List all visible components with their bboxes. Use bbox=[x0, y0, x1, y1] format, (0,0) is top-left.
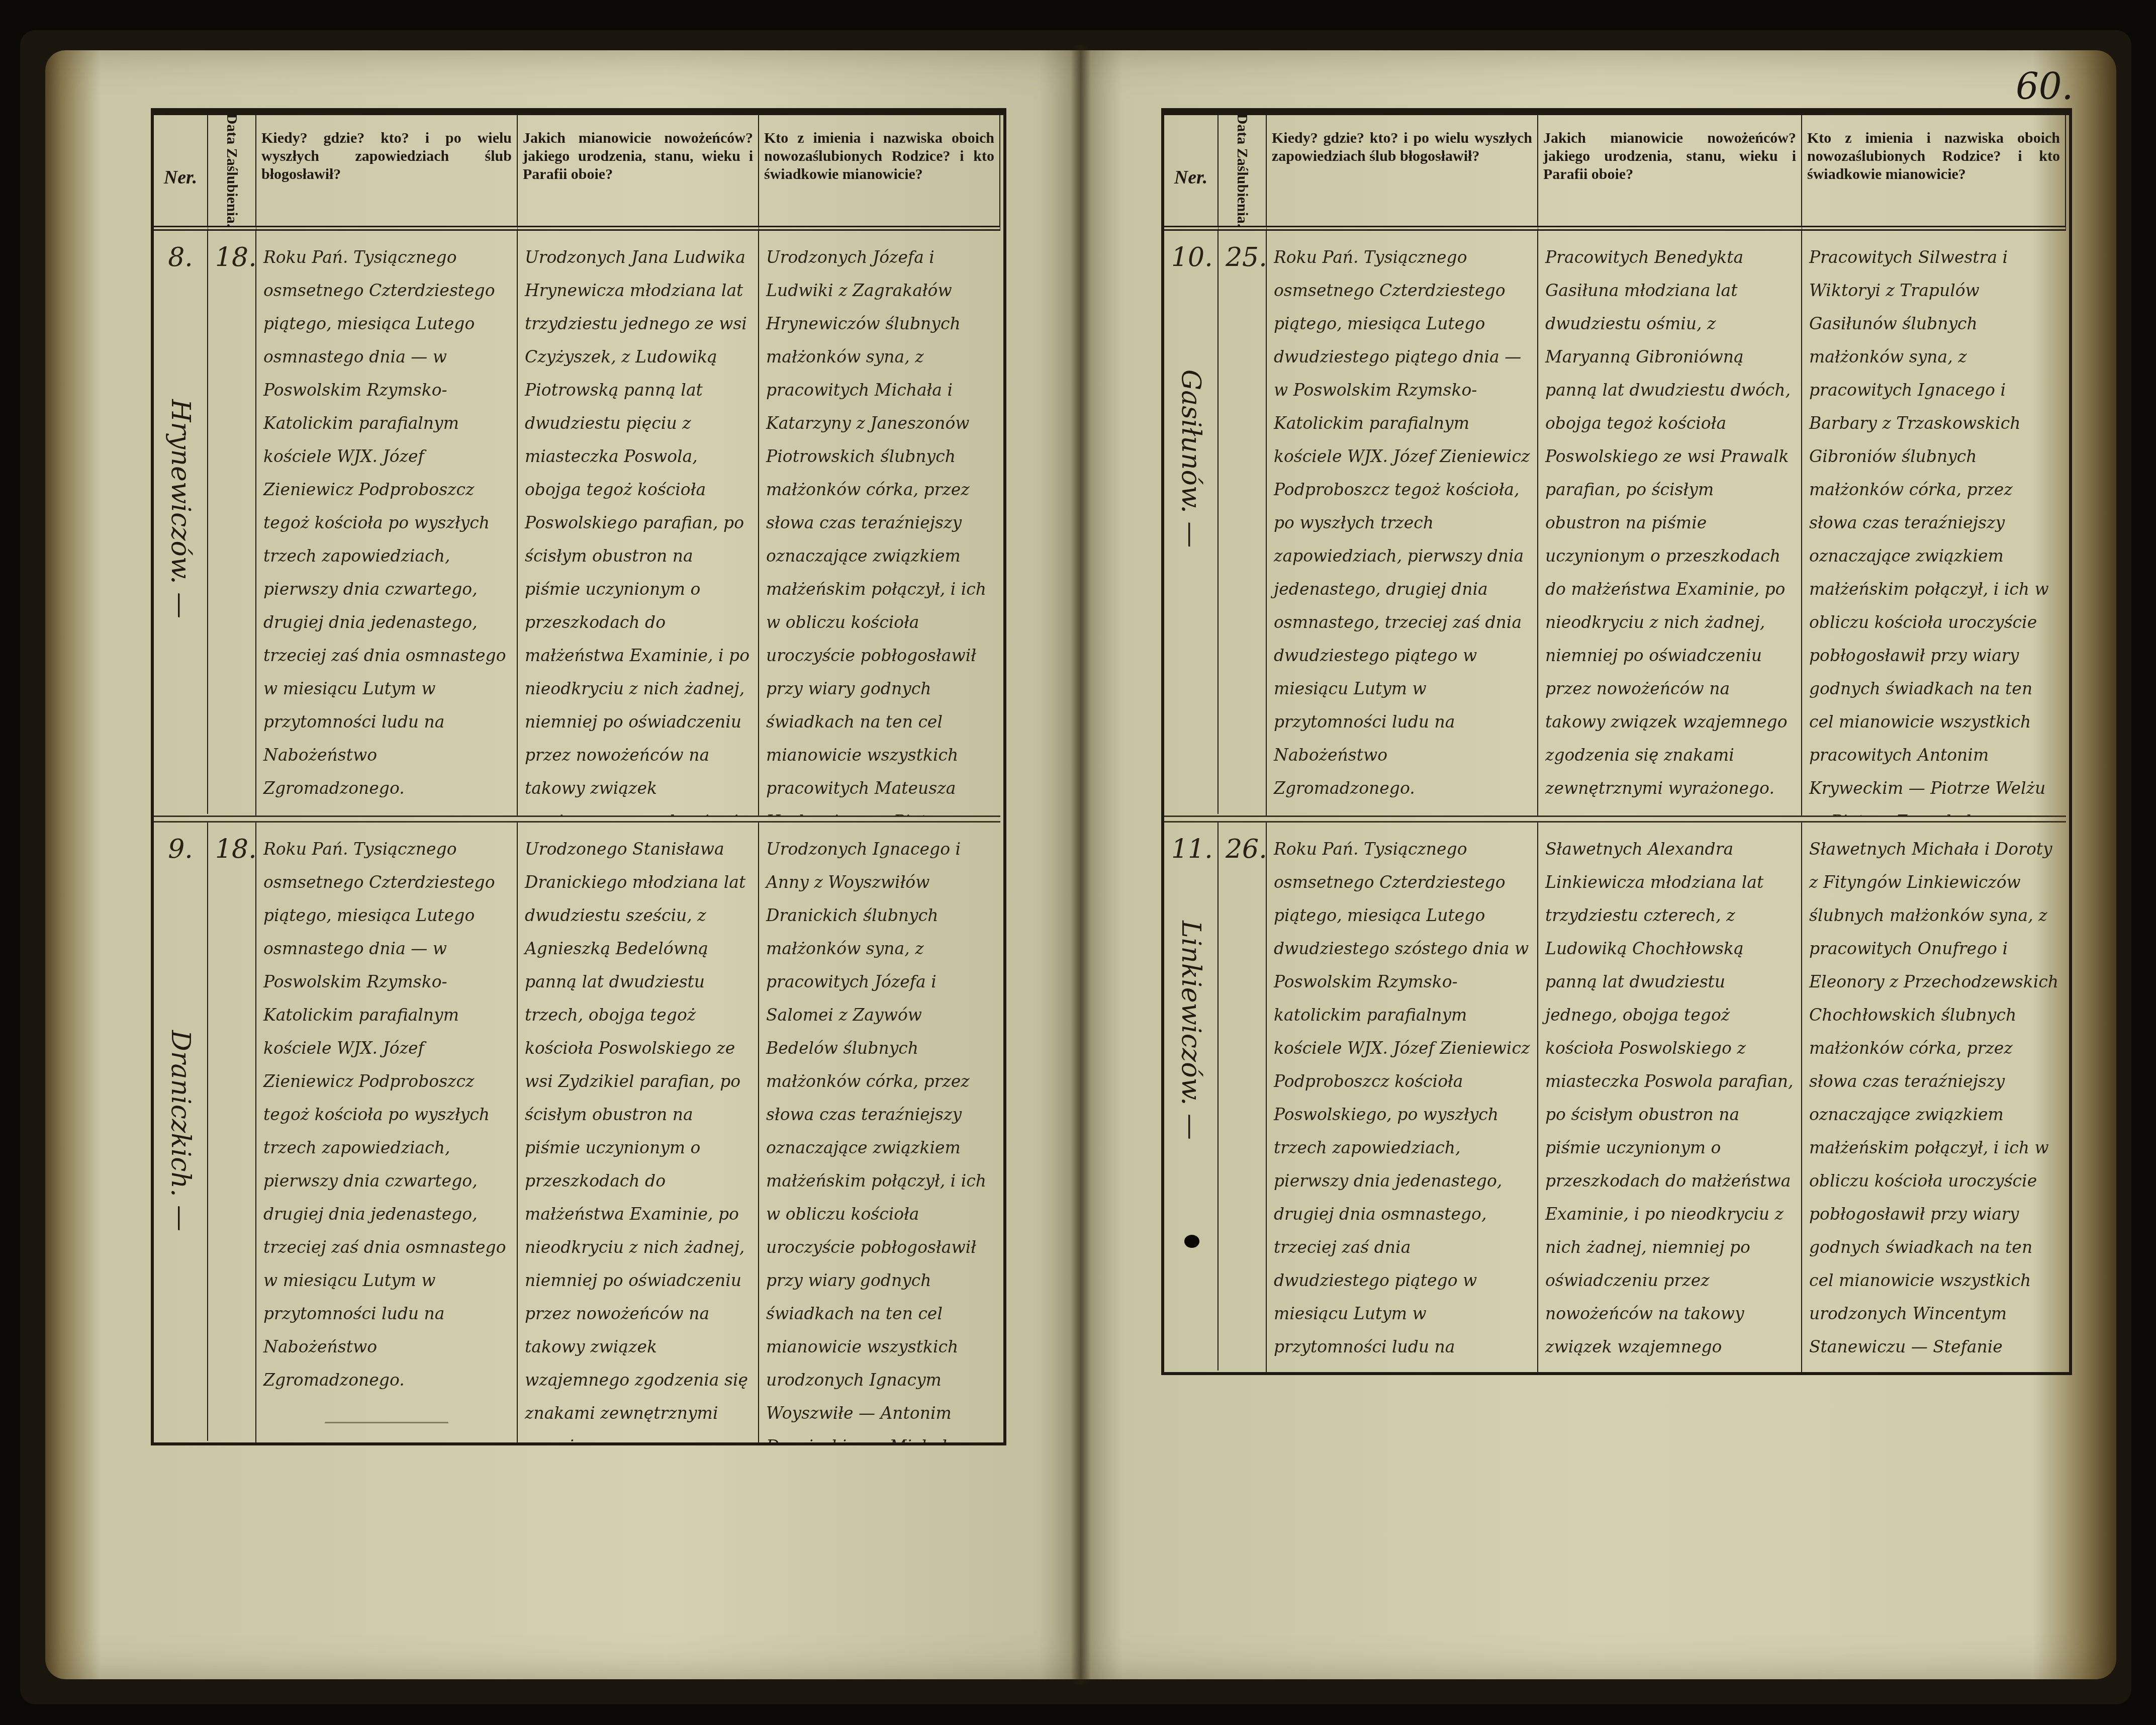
entry-when-where-text: Roku Pań. Tysiącznego osmsetnego Czterdz… bbox=[263, 247, 506, 798]
entry-date: 26. bbox=[1218, 823, 1267, 1372]
entry-when-where: Roku Pań. Tysiącznego osmsetnego Czterdz… bbox=[256, 231, 518, 815]
entry-nr-value: 10. bbox=[1171, 241, 1210, 274]
entry-spouses: Urodzonego Stanisława Dranickiego młodzi… bbox=[518, 823, 759, 1442]
header-parents-witnesses: Kto z imienia i nazwiska oboich nowozaśl… bbox=[1802, 115, 2066, 231]
entry-when-where: Roku Pań. Tysiącznego osmsetnego Czterdz… bbox=[1267, 823, 1538, 1372]
entry-nr: 8. Hrynewiczów. — bbox=[154, 231, 208, 814]
register-table-left: Ner. Data Zaślubienia. Kiedy? gdzie? kto… bbox=[151, 108, 1006, 1445]
entry-date: 18. bbox=[208, 231, 256, 815]
binding-hole bbox=[1184, 1235, 1199, 1248]
entry-date: 25. bbox=[1218, 231, 1267, 815]
entry-spouses: Pracowitych Benedykta Gasiłuna młodziana… bbox=[1538, 231, 1802, 815]
entry-spouses: Urodzonych Jana Ludwika Hrynewicza młodz… bbox=[518, 231, 759, 815]
entry-spouses: Sławetnych Alexandra Linkiewicza młodzia… bbox=[1538, 823, 1802, 1372]
margin-surname: Hrynewiczów. — bbox=[164, 399, 197, 618]
header-nr: Ner. bbox=[154, 115, 208, 231]
header-spouses: Jakich mianowicie nowożeńców? jakiego ur… bbox=[1538, 115, 1802, 231]
header-date-label: Data Zaślubienia. bbox=[1234, 114, 1250, 228]
header-when-where: Kiedy? gdzie? kto? i po wielu wyszłych z… bbox=[256, 115, 518, 231]
header-when-where: Kiedy? gdzie? kto? i po wielu wyszłych z… bbox=[1267, 115, 1538, 231]
header-nr: Ner. bbox=[1164, 115, 1218, 231]
header-date: Data Zaślubienia. bbox=[1218, 115, 1267, 231]
entry-nr: 11. Linkiewiczów. — bbox=[1164, 823, 1218, 1371]
row-divider bbox=[154, 815, 1000, 823]
entry-parents-witnesses: Urodzonych Józefa i Ludwiki z Zagrakałów… bbox=[759, 231, 1000, 815]
closing-flourish bbox=[321, 815, 452, 815]
margin-surname: Gasiłunów. — bbox=[1174, 370, 1207, 548]
entry-when-where-text: Roku Pań. Tysiącznego osmsetnego Czterdz… bbox=[263, 839, 506, 1390]
closing-flourish bbox=[1337, 815, 1467, 815]
entry-nr-value: 8. bbox=[161, 241, 200, 274]
closing-flourish bbox=[321, 1407, 452, 1442]
entry-when-where: Roku Pań. Tysiącznego osmsetnego Czterdz… bbox=[1267, 231, 1538, 815]
row-divider bbox=[1164, 815, 2066, 823]
header-date-label: Data Zaślubienia. bbox=[224, 114, 240, 228]
entry-when-where-text: Roku Pań. Tysiącznego osmsetnego Czterdz… bbox=[1274, 247, 1530, 798]
entry-parents-witnesses: Sławetnych Michała i Doroty z Fityngów L… bbox=[1802, 823, 2066, 1372]
entry-nr: 9. Draniczkich. — bbox=[154, 823, 208, 1441]
entry-nr-value: 11. bbox=[1171, 833, 1210, 866]
entry-parents-witnesses: Urodzonych Ignacego i Anny z Woyszwiłów … bbox=[759, 823, 1000, 1442]
entry-nr: 10. Gasiłunów. — bbox=[1164, 231, 1218, 814]
margin-surname: Linkiewiczów. — bbox=[1174, 921, 1207, 1140]
margin-surname: Draniczkich. — bbox=[164, 1030, 197, 1231]
entry-when-where: Roku Pań. Tysiącznego osmsetnego Czterdz… bbox=[256, 823, 518, 1442]
header-spouses: Jakich mianowicie nowożeńców? jakiego ur… bbox=[518, 115, 759, 231]
header-date: Data Zaślubienia. bbox=[208, 115, 256, 231]
register-table-right: Ner. Data Zaślubienia. Kiedy? gdzie? kto… bbox=[1161, 108, 2072, 1375]
page-number: 60. bbox=[2016, 65, 2074, 108]
entry-parents-witnesses: Pracowitych Silwestra i Wiktoryi z Trapu… bbox=[1802, 231, 2066, 815]
book-gutter bbox=[1071, 45, 1091, 1684]
entry-date: 18. bbox=[208, 823, 256, 1442]
entry-nr-value: 9. bbox=[161, 833, 200, 866]
header-parents-witnesses: Kto z imienia i nazwiska oboich nowozaśl… bbox=[759, 115, 1000, 231]
